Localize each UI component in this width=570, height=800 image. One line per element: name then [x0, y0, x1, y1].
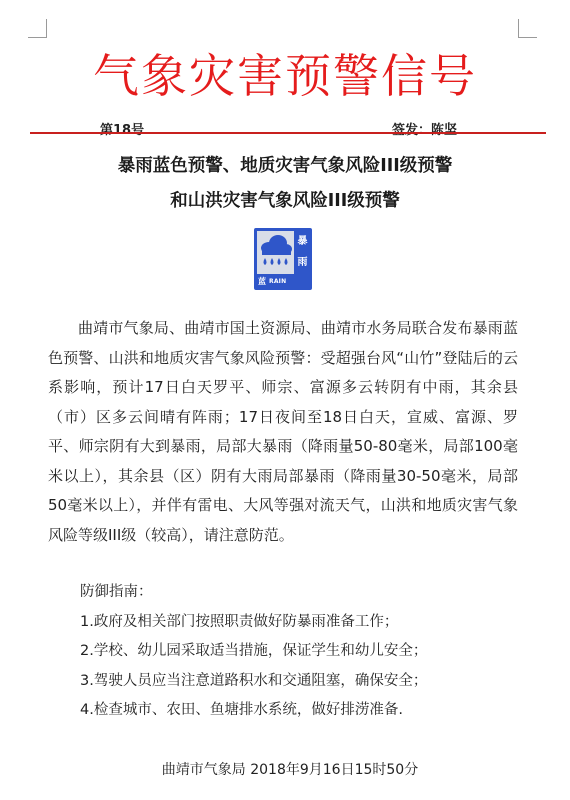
- signer: 签发：陈坚: [392, 119, 457, 138]
- icon-label: 蓝 RAIN STORM: [256, 276, 310, 288]
- issuer-timestamp: 曲靖市气象局 2018年9月16日15时50分: [0, 759, 570, 779]
- guidance-section: 防御指南： 1.政府及相关部门按照职责做好防暴雨准备工作； 2.学校、幼儿园采取…: [80, 578, 427, 726]
- icon-english-label: RAIN STORM: [269, 276, 310, 300]
- headline-line-2: 和山洪灾害气象风险III级预警: [0, 187, 570, 212]
- guidance-item: 1.政府及相关部门按照职责做好防暴雨准备工作；: [80, 608, 427, 638]
- crop-mark-top-left: [28, 19, 47, 38]
- headline-line-1: 暴雨蓝色预警、地质灾害气象风险III级预警: [0, 152, 570, 177]
- guidance-heading: 防御指南：: [80, 578, 427, 608]
- guidance-item: 2.学校、幼儿园采取适当措施，保证学生和幼儿安全；: [80, 637, 427, 667]
- body-text: 曲靖市气象局、曲靖市国土资源局、曲靖市水务局联合发布暴雨蓝色预警、山洪和地质灾害…: [48, 314, 518, 550]
- masthead-title: 气象灾害预警信号: [0, 48, 570, 104]
- red-divider-line: [30, 132, 546, 134]
- crop-mark-top-right: [518, 19, 537, 38]
- issue-number: 第18号: [100, 119, 144, 138]
- guidance-item: 3.驾驶人员应当注意道路积水和交通阻塞，确保安全；: [80, 667, 427, 697]
- rainstorm-blue-warning-icon: 暴 雨 蓝 RAIN STORM: [254, 228, 312, 290]
- icon-level-char: 蓝: [258, 276, 266, 288]
- cloud-rain-icon: [257, 231, 294, 274]
- body-paragraph: 曲靖市气象局、曲靖市国土资源局、曲靖市水务局联合发布暴雨蓝色预警、山洪和地质灾害…: [48, 314, 518, 550]
- guidance-item: 4.检查城市、农田、鱼塘排水系统，做好排涝准备.: [80, 696, 427, 726]
- icon-side-text: 暴 雨: [296, 231, 309, 274]
